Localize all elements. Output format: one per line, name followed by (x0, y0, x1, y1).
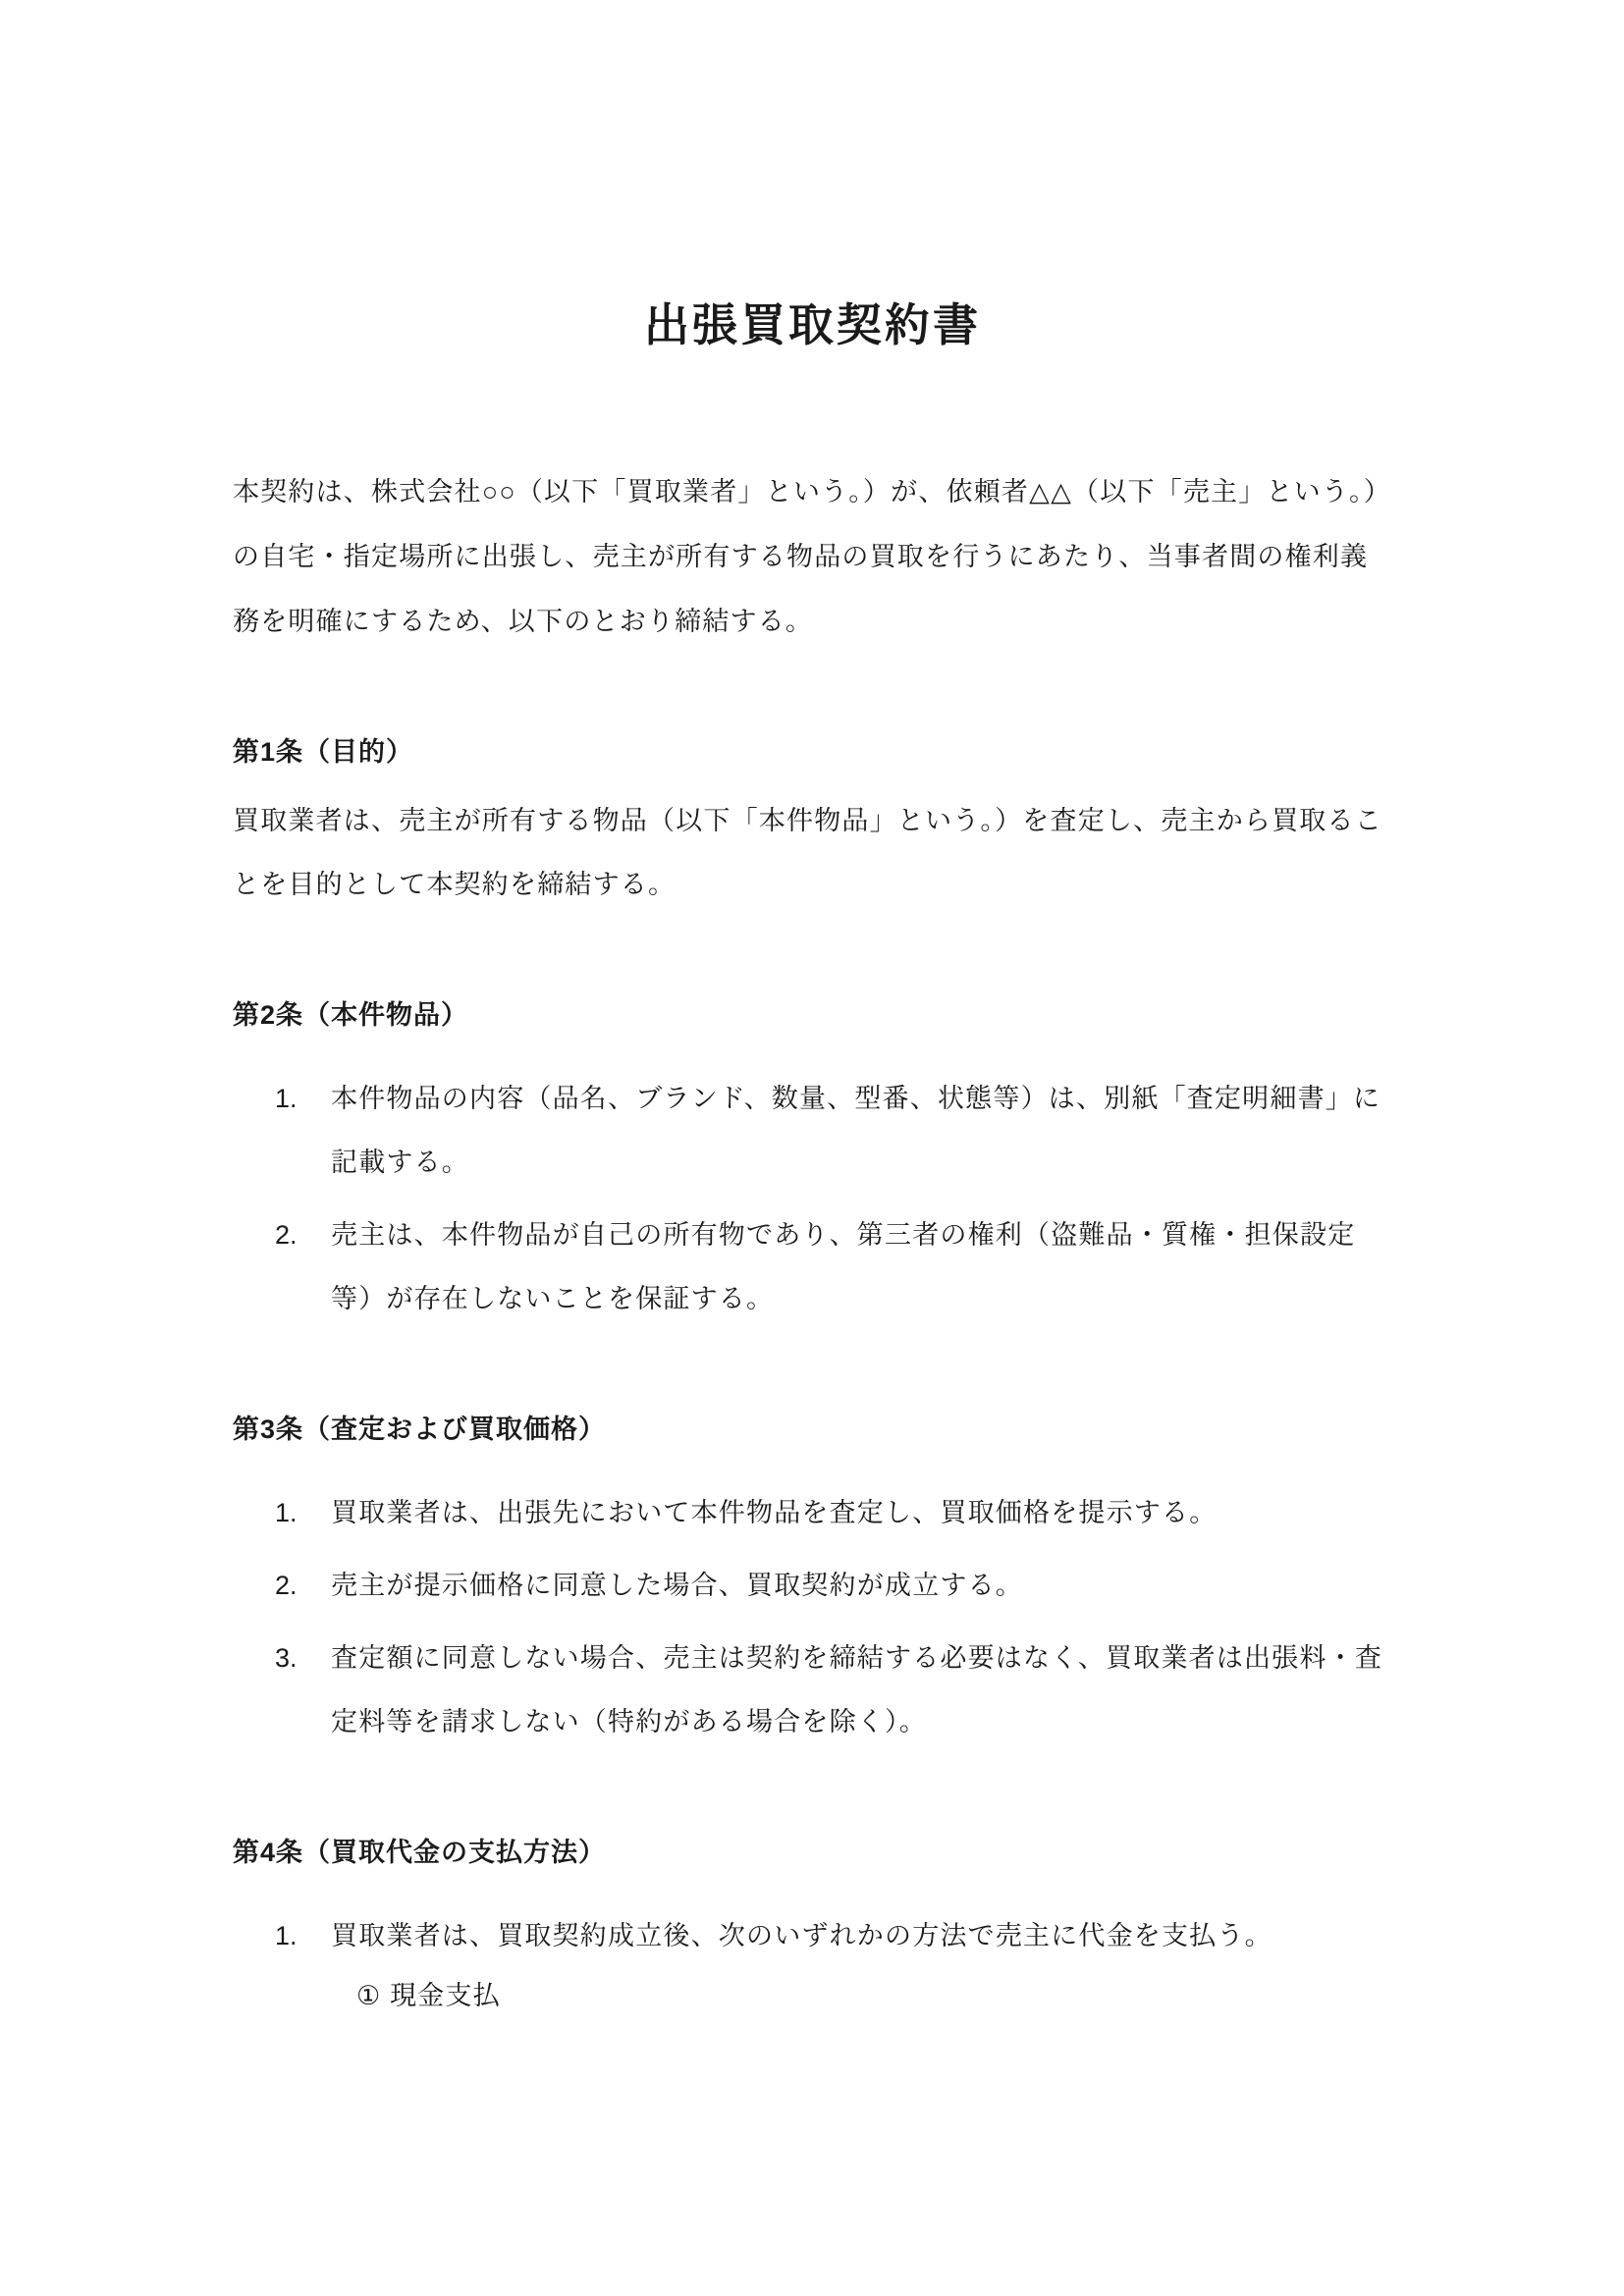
item-number: 1. (275, 1904, 298, 1968)
article-4-list: 1. 買取業者は、買取契約成立後、次のいずれかの方法で売主に代金を支払う。 ① … (233, 1904, 1392, 2023)
article-1-body: 買取業者は、売主が所有する物品（以下「本件物品」という。）を査定し、売主から買取… (233, 789, 1392, 917)
list-item: 1. 買取業者は、買取契約成立後、次のいずれかの方法で売主に代金を支払う。 ① … (233, 1904, 1392, 2023)
item-number: 1. (275, 1481, 298, 1545)
article-1-heading: 第1条（目的） (233, 721, 1392, 784)
item-text: 買取業者は、買取契約成立後、次のいずれかの方法で売主に代金を支払う。 (331, 1921, 1272, 1950)
document-page: 出張買取契約書 本契約は、株式会社○○（以下「買取業者」という。）が、依頼者△△… (0, 0, 1624, 2296)
article-2-section: 第2条（本件物品） 1. 本件物品の内容（品名、ブランド、数量、型番、状態等）は… (233, 984, 1392, 1331)
item-text: 本件物品の内容（品名、ブランド、数量、型番、状態等）は、別紙「査定明細書」に記載… (331, 1084, 1380, 1177)
document-title: 出張買取契約書 (233, 0, 1392, 355)
item-number: 2. (275, 1554, 298, 1618)
item-text: 査定額に同意しない場合、売主は契約を締結する必要はなく、買取業者は出張料・査定料… (331, 1643, 1382, 1736)
item-text: 売主は、本件物品が自己の所有物であり、第三者の権利（盗難品・質権・担保設定等）が… (331, 1220, 1355, 1313)
list-item: 2. 売主が提示価格に同意した場合、買取契約が成立する。 (233, 1554, 1392, 1618)
article-3-heading: 第3条（査定および買取価格） (233, 1398, 1392, 1462)
item-number: 2. (275, 1203, 298, 1267)
list-item: 1. 買取業者は、出張先において本件物品を査定し、買取価格を提示する。 (233, 1481, 1392, 1545)
article-3-section: 第3条（査定および買取価格） 1. 買取業者は、出張先において本件物品を査定し、… (233, 1398, 1392, 1754)
sub-item-cash-payment: ① 現金支払 (356, 1968, 1392, 2023)
item-text: 売主が提示価格に同意した場合、買取契約が成立する。 (331, 1571, 1023, 1600)
item-number: 1. (275, 1067, 298, 1131)
intro-paragraph: 本契約は、株式会社○○（以下「買取業者」という。）が、依頼者△△（以下「売主」と… (233, 459, 1392, 654)
article-2-list: 1. 本件物品の内容（品名、ブランド、数量、型番、状態等）は、別紙「査定明細書」… (233, 1067, 1392, 1331)
item-number: 3. (275, 1627, 298, 1690)
article-4-heading: 第4条（買取代金の支払方法） (233, 1821, 1392, 1885)
article-1-section: 第1条（目的） 買取業者は、売主が所有する物品（以下「本件物品」という。）を査定… (233, 721, 1392, 917)
list-item: 2. 売主は、本件物品が自己の所有物であり、第三者の権利（盗難品・質権・担保設定… (233, 1203, 1392, 1331)
article-4-section: 第4条（買取代金の支払方法） 1. 買取業者は、買取契約成立後、次のいずれかの方… (233, 1821, 1392, 2023)
article-3-list: 1. 買取業者は、出張先において本件物品を査定し、買取価格を提示する。 2. 売… (233, 1481, 1392, 1754)
list-item: 1. 本件物品の内容（品名、ブランド、数量、型番、状態等）は、別紙「査定明細書」… (233, 1067, 1392, 1195)
item-text: 買取業者は、出張先において本件物品を査定し、買取価格を提示する。 (331, 1498, 1217, 1527)
list-item: 3. 査定額に同意しない場合、売主は契約を締結する必要はなく、買取業者は出張料・… (233, 1627, 1392, 1754)
article-2-heading: 第2条（本件物品） (233, 984, 1392, 1047)
